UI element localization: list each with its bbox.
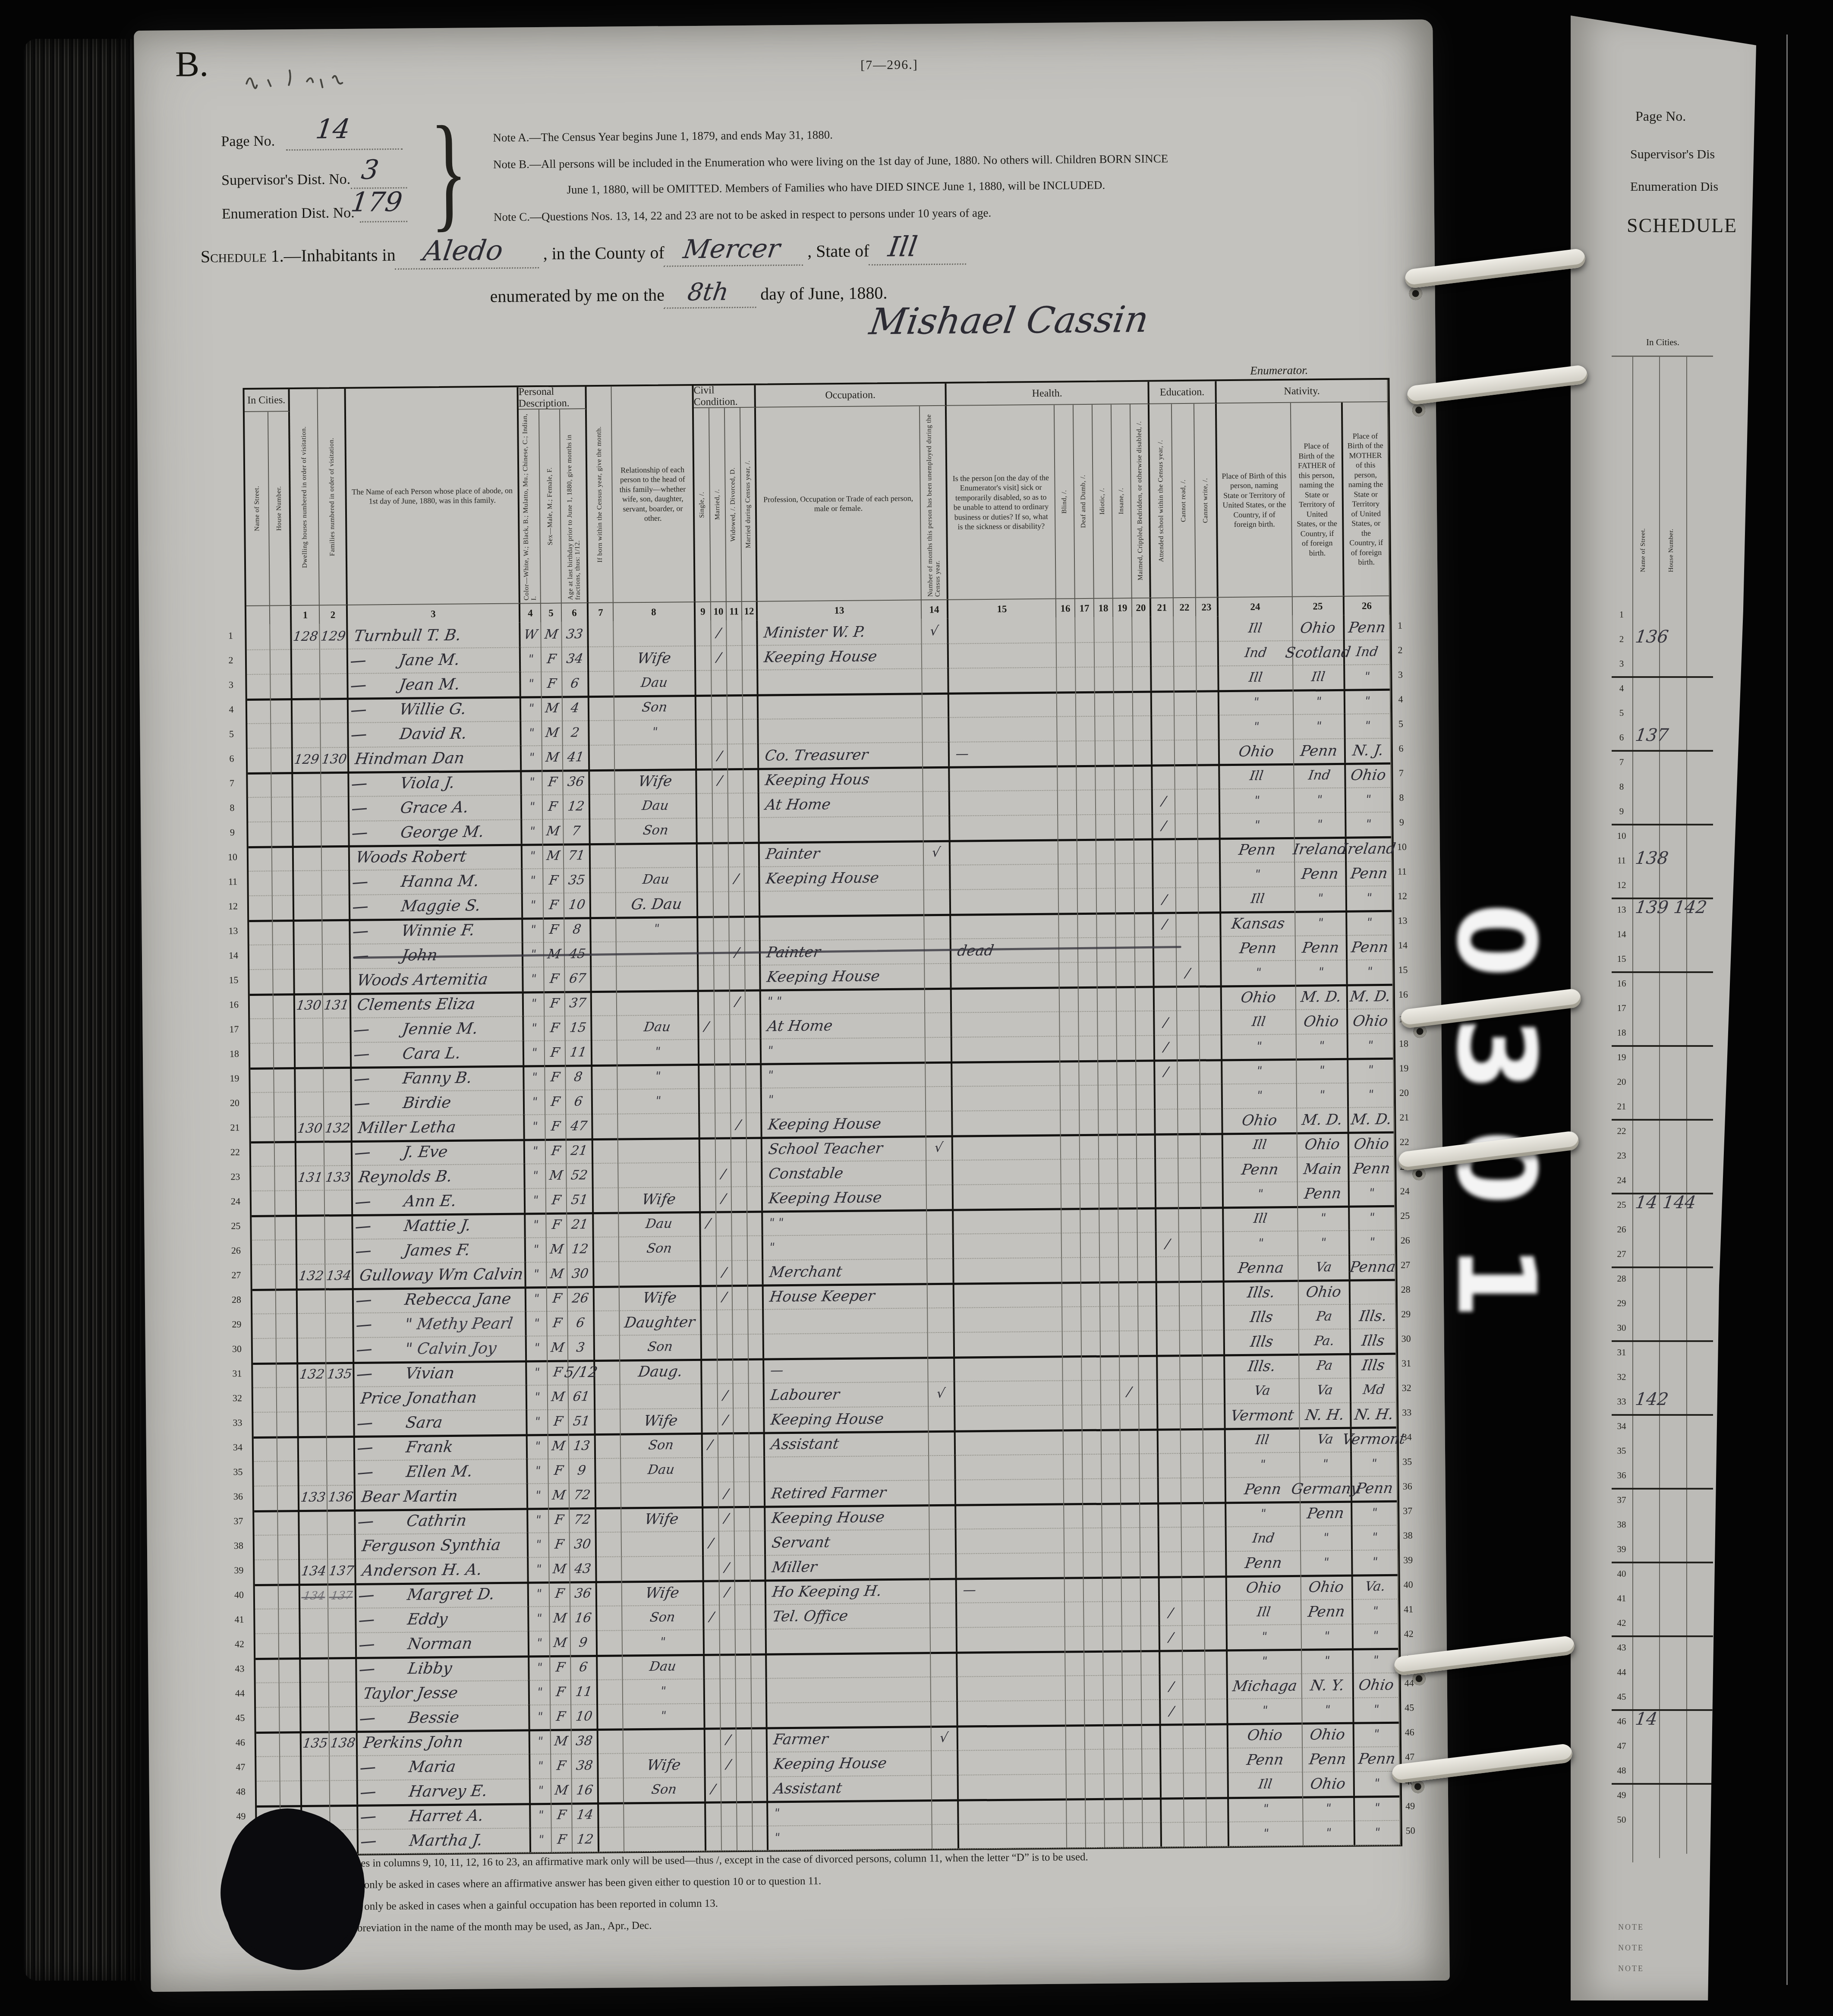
value: " — [534, 1489, 542, 1502]
cell-col15 — [951, 962, 1059, 988]
cell-col14 — [929, 1504, 956, 1529]
cell-col23 — [1203, 1329, 1225, 1354]
cell-col21: / — [1161, 1674, 1183, 1699]
cell-col16 — [1067, 1823, 1086, 1847]
column-number: 23 — [1196, 597, 1219, 616]
cell-col9 — [705, 1629, 720, 1654]
column-label: Profession, Occupation or Trade of each … — [758, 493, 919, 514]
value: M — [554, 1783, 569, 1798]
cell-col9 — [701, 1260, 717, 1285]
cell-col6: 11 — [566, 1040, 592, 1065]
cell-col12 — [751, 1580, 766, 1604]
value: Keeping House — [767, 1115, 882, 1133]
cell-col24: Ills. — [1225, 1354, 1299, 1379]
cell-col18 — [1104, 1724, 1123, 1748]
cell-col25: Ohio — [1296, 1009, 1348, 1034]
cell-col10 — [713, 793, 728, 817]
cell-col17 — [1085, 1724, 1104, 1749]
cell-col2 — [326, 1313, 354, 1338]
value: / — [1184, 966, 1191, 981]
cell-col22 — [1181, 1477, 1204, 1502]
row-number: 21 — [1395, 1105, 1414, 1129]
value: Assistant — [773, 1780, 843, 1797]
cell-col21 — [1159, 1551, 1182, 1576]
cell-col6: 7 — [564, 819, 590, 844]
row-number: 11 — [1392, 859, 1411, 883]
value: M — [551, 1488, 567, 1503]
cell-col18 — [1096, 863, 1115, 888]
cell-col20 — [1141, 1576, 1160, 1601]
value: Penn — [1246, 1751, 1285, 1769]
cell-col5: F — [551, 1704, 571, 1729]
cell-col23 — [1197, 739, 1220, 764]
right-row-number: 41 — [1612, 1586, 1631, 1611]
cell-col11 — [734, 1457, 750, 1481]
cell-col7 — [595, 1310, 620, 1336]
cell-col10 — [715, 1039, 731, 1063]
cell-col21 — [1157, 1281, 1180, 1305]
cell-col26: Ohio — [1346, 762, 1391, 787]
value: 129 — [320, 629, 347, 644]
value: Wife — [636, 649, 672, 667]
cell-col15: — — [950, 741, 1058, 766]
value: " — [1373, 1777, 1381, 1790]
cell-col1 — [301, 1657, 329, 1682]
cell-col25: Pa — [1299, 1304, 1351, 1329]
cell-col9 — [696, 670, 712, 695]
value: F — [547, 775, 558, 790]
column-label: Place of Birth of the FATHER of this per… — [1292, 441, 1342, 558]
cell-colcity0 — [248, 821, 272, 846]
value: Keeping House — [769, 1410, 885, 1428]
cell-col16 — [1058, 839, 1077, 863]
value: Penn — [1307, 1603, 1346, 1620]
cell-col5: F — [543, 868, 564, 893]
cell-col2 — [329, 1706, 357, 1731]
cell-col25: Penn — [1301, 1599, 1353, 1624]
cell-col7 — [596, 1433, 621, 1458]
cell-colcity0 — [253, 1362, 277, 1387]
row-number: 34 — [228, 1435, 247, 1459]
cell-col20 — [1140, 1503, 1159, 1527]
cell-col21 — [1162, 1797, 1184, 1822]
row-number: 19 — [225, 1066, 244, 1090]
cell-col3: Bear Martin — [356, 1483, 528, 1509]
cell-colcity1 — [273, 895, 294, 920]
cell-col11 — [735, 1604, 751, 1629]
cell-col15 — [958, 1676, 1066, 1701]
cell-col21 — [1157, 1256, 1179, 1281]
value: " Calvin Joy — [404, 1339, 498, 1358]
column-header-1: Dwelling houses numbered in order of vis… — [290, 389, 319, 605]
cell-col2: 138 — [330, 1731, 358, 1756]
cell-col26: " — [1347, 910, 1392, 935]
cell-col26: Ohio — [1354, 1673, 1399, 1698]
right-row-number: 9 — [1612, 799, 1631, 824]
cell-col14 — [922, 643, 949, 668]
value: Ohio — [1246, 1726, 1284, 1744]
cell-col21: / — [1161, 1699, 1183, 1723]
row-number: 31 — [227, 1361, 246, 1386]
cell-col18 — [1104, 1699, 1123, 1724]
cell-col22 — [1175, 764, 1197, 789]
cell-col24: Ohio — [1220, 739, 1294, 764]
value: F — [546, 676, 557, 691]
cell-col15 — [954, 1208, 1061, 1234]
cell-col2 — [329, 1657, 357, 1682]
cell-col19 — [1123, 1699, 1142, 1724]
cell-col1 — [300, 1608, 328, 1633]
cell-col25: " — [1303, 1796, 1355, 1821]
cell-col26: " — [1354, 1697, 1399, 1722]
row-number: 3 — [1391, 662, 1410, 687]
cell-col10 — [715, 1014, 730, 1039]
column-header-22: Cannot read, /. — [1172, 404, 1196, 597]
value: Ohio — [1241, 1112, 1279, 1129]
value: 12 — [567, 799, 585, 814]
value: " — [1318, 1064, 1326, 1077]
cell-col5: M — [549, 1483, 570, 1508]
cell-col2 — [325, 1190, 353, 1215]
cell-col25: M. D. — [1296, 984, 1348, 1009]
cell-col21: / — [1155, 1059, 1178, 1084]
cell-col9 — [702, 1334, 718, 1359]
value: 9 — [578, 1635, 589, 1650]
cell-col24: " — [1220, 788, 1294, 813]
value: Ohio — [1305, 1283, 1342, 1301]
cell-col4: " — [525, 1163, 546, 1188]
cell-col1: 134 — [300, 1583, 328, 1608]
cell-col19 — [1117, 1060, 1136, 1084]
cell-col21 — [1154, 936, 1177, 961]
cell-col19 — [1121, 1503, 1140, 1527]
right-row-number: 45 — [1612, 1685, 1631, 1709]
cell-col2 — [327, 1386, 355, 1411]
value: " — [529, 898, 536, 912]
cell-col1 — [296, 1067, 324, 1092]
cell-col5: M — [551, 1729, 572, 1754]
cell-col22 — [1179, 1256, 1202, 1281]
cell-col1 — [301, 1632, 329, 1657]
cell-col7 — [592, 966, 617, 991]
value: N. J. — [1351, 741, 1385, 759]
value: " — [774, 1831, 781, 1844]
cell-col24: " — [1219, 714, 1294, 739]
cell-col23 — [1203, 1403, 1225, 1428]
cell-col7 — [590, 769, 615, 794]
value: 134 — [302, 1589, 325, 1602]
cell-col19 — [1116, 912, 1135, 937]
cell-col22 — [1176, 912, 1199, 936]
cell-colcity1 — [277, 1338, 298, 1362]
cell-col15 — [951, 913, 1059, 939]
value: F — [554, 1586, 565, 1601]
value: Ind — [1355, 644, 1379, 659]
cell-col21 — [1159, 1527, 1182, 1551]
cell-col19 — [1124, 1773, 1143, 1798]
cell-colcity0 — [247, 723, 271, 748]
enumeration-dist-value: 179 — [349, 186, 404, 218]
cell-col16 — [1064, 1503, 1083, 1528]
cell-col24: " — [1229, 1821, 1304, 1846]
cell-col5: F — [543, 794, 564, 819]
cell-col13 — [759, 693, 923, 718]
cell-col17 — [1076, 691, 1095, 716]
cell-colcity0 — [255, 1608, 279, 1633]
cell-col2: 132 — [324, 1116, 352, 1141]
cell-col23 — [1199, 911, 1221, 936]
cell-col21 — [1153, 838, 1176, 863]
cell-col24: Penn — [1226, 1477, 1301, 1502]
right-grid-line — [1612, 750, 1713, 752]
cell-colcity0 — [251, 1116, 274, 1141]
cell-col2: 136 — [328, 1485, 356, 1510]
cell-col20 — [1137, 1109, 1156, 1134]
row-number: 13 — [224, 918, 243, 943]
value: / — [717, 773, 723, 788]
cell-col7 — [592, 991, 617, 1016]
cell-col7 — [593, 1089, 618, 1114]
column-number: 24 — [1219, 596, 1293, 616]
cell-col23 — [1203, 1379, 1225, 1403]
cell-col22 — [1178, 1133, 1201, 1158]
cell-colcity1 — [278, 1510, 299, 1534]
cell-col25: Germany — [1301, 1476, 1352, 1501]
cell-col12 — [747, 1211, 763, 1235]
cell-col14 — [926, 1086, 953, 1111]
cell-col19 — [1117, 1035, 1136, 1060]
cell-col26: Penn — [1349, 1156, 1395, 1181]
value: Ills — [1361, 1357, 1386, 1374]
row-number: 16 — [224, 992, 243, 1017]
cell-colcity1 — [276, 1239, 297, 1264]
value: 135 — [302, 1736, 329, 1751]
row-number: 45 — [1400, 1695, 1419, 1720]
cell-col11 — [736, 1678, 752, 1703]
cell-col4: " — [523, 967, 544, 991]
cell-col4: " — [523, 868, 543, 893]
cell-col3: Ellen M. — [355, 1458, 528, 1484]
value: Penna — [1348, 1258, 1397, 1276]
cell-col18 — [1098, 1035, 1117, 1060]
cell-col2 — [320, 649, 348, 674]
cell-col4: " — [524, 1065, 545, 1090]
column-header-20: Maimed, Crippled, Bedridden, or otherwis… — [1131, 404, 1151, 598]
value: F — [549, 1021, 560, 1036]
value: " — [1325, 1826, 1332, 1840]
cell-col13: Constable — [762, 1160, 926, 1186]
value: N. H. — [1304, 1406, 1346, 1424]
right-in-cities-label: In Cities. — [1646, 337, 1679, 348]
value: / — [710, 1782, 716, 1797]
value: / — [707, 1437, 713, 1452]
cell-col8 — [624, 1826, 706, 1852]
column-header-14: Number of months this person has been un… — [920, 406, 948, 600]
value: M. D. — [1349, 987, 1392, 1005]
cell-col10: / — [711, 621, 727, 645]
cell-col12 — [751, 1604, 766, 1629]
value: Ohio — [1245, 1579, 1282, 1597]
value: F — [555, 1709, 566, 1724]
value: " — [535, 1636, 543, 1650]
cell-col11 — [737, 1801, 753, 1826]
value: " — [654, 1045, 661, 1058]
right-entry: 138 — [1634, 848, 1670, 868]
value: Penna — [1237, 1259, 1285, 1277]
cell-col23 — [1198, 862, 1221, 887]
cell-colcity0 — [251, 1165, 275, 1190]
cell-col19 — [1118, 1183, 1137, 1207]
cell-col18 — [1098, 1060, 1117, 1084]
cell-col8: Wife — [621, 1506, 703, 1532]
cell-col15 — [954, 1257, 1062, 1283]
cell-col4: " — [525, 1139, 546, 1163]
value: " — [1322, 1457, 1329, 1471]
cell-col3: Winnie F. — [350, 917, 523, 943]
value: Penn — [1357, 1750, 1396, 1767]
cell-col9 — [705, 1654, 720, 1679]
cell-col12 — [747, 1186, 763, 1211]
value: " — [1257, 1187, 1264, 1200]
cell-col13: Ho Keeping H. — [766, 1578, 930, 1604]
cell-col6: 21 — [567, 1212, 594, 1237]
cell-col24: Vermont — [1225, 1403, 1300, 1428]
cell-colcity1 — [271, 649, 292, 674]
right-grid-line — [1612, 1488, 1713, 1490]
value: Hindman Dan — [354, 750, 466, 768]
supervisor-dist-label: Supervisor's Dist. No. — [221, 171, 350, 189]
cell-col22 — [1177, 1010, 1200, 1035]
cell-col14 — [925, 988, 952, 1013]
value: Gulloway Wm Calvin — [358, 1265, 524, 1284]
cell-col4: " — [531, 1778, 551, 1803]
cell-col11 — [733, 1358, 749, 1383]
cell-col20 — [1133, 642, 1152, 666]
cell-col25: " — [1297, 1058, 1348, 1083]
cell-col7 — [597, 1556, 622, 1581]
cell-col25: Ohio — [1303, 1722, 1354, 1747]
row-number: 47 — [231, 1755, 250, 1779]
cell-col8 — [624, 1728, 705, 1753]
value: Dau — [641, 798, 670, 813]
cell-col11 — [732, 1211, 747, 1235]
cell-col24: Penna — [1224, 1255, 1298, 1280]
cell-col23 — [1201, 1133, 1223, 1157]
value: " — [530, 1046, 538, 1059]
value: 138 — [329, 1736, 356, 1751]
cell-col10: / — [712, 645, 727, 670]
cell-col2 — [327, 1411, 355, 1436]
cell-col16 — [1060, 986, 1079, 1011]
column-header-12: Married during Census year, /. — [740, 408, 758, 601]
cell-col11 — [730, 1014, 746, 1039]
value: Penn — [1238, 939, 1278, 957]
cell-col14 — [931, 1676, 958, 1701]
right-schedule-label: SCHEDULE — [1627, 214, 1737, 237]
value: Ills. — [1247, 1358, 1277, 1375]
cell-col21: / — [1160, 1625, 1183, 1650]
cell-col15 — [958, 1700, 1066, 1726]
pen-scribble — [238, 52, 419, 110]
cell-col22 — [1175, 690, 1197, 715]
cell-col6: 41 — [563, 745, 590, 770]
cell-col22 — [1180, 1354, 1203, 1379]
value: / — [723, 1511, 730, 1526]
cell-col7 — [589, 622, 614, 647]
cell-col3: Cathrin — [356, 1508, 528, 1534]
cell-col19 — [1118, 1158, 1137, 1183]
cell-col16 — [1057, 716, 1076, 740]
cell-col11 — [734, 1383, 749, 1408]
value: Penn — [1301, 865, 1340, 882]
cell-col26: " — [1346, 812, 1392, 837]
value: " — [1367, 1039, 1374, 1052]
column-number: 15 — [948, 598, 1056, 619]
cell-col15 — [957, 1553, 1065, 1578]
cell-col11 — [734, 1432, 750, 1457]
cell-col20 — [1134, 765, 1153, 789]
cell-col19 — [1118, 1109, 1137, 1134]
cell-col17 — [1084, 1601, 1103, 1626]
cell-col16 — [1061, 1085, 1080, 1109]
value: 61 — [572, 1389, 590, 1404]
cell-col22 — [1183, 1650, 1205, 1674]
value: F — [548, 873, 559, 888]
cell-col9 — [706, 1801, 721, 1826]
cell-col26: N. J. — [1346, 738, 1391, 763]
value: Woods Robert — [355, 848, 468, 866]
value: Minister W. P. — [762, 623, 866, 641]
value: Pa. — [1313, 1333, 1335, 1348]
cell-col13 — [767, 1701, 931, 1727]
value: Farmer — [772, 1730, 829, 1748]
right-row-number: 11 — [1612, 848, 1631, 873]
value: / — [715, 650, 722, 665]
cell-col26: Ohio — [1348, 1008, 1393, 1033]
cell-col1 — [295, 944, 323, 969]
right-row-number: 18 — [1612, 1021, 1631, 1045]
cell-col16 — [1063, 1355, 1082, 1380]
cell-col9 — [700, 1113, 715, 1137]
cell-col22 — [1180, 1281, 1202, 1305]
value: 136 — [327, 1490, 354, 1505]
row-number: 15 — [224, 967, 243, 992]
value: N. Y. — [1309, 1676, 1345, 1694]
cell-col3: Clements Eliza — [351, 991, 524, 1017]
cell-col22 — [1183, 1625, 1205, 1650]
value: F — [553, 1512, 564, 1528]
right-row-number: 44 — [1612, 1660, 1631, 1685]
cell-col14 — [932, 1824, 959, 1849]
cell-colcity1 — [279, 1633, 301, 1657]
cell-colcity1 — [274, 1067, 296, 1092]
cell-col16 — [1067, 1773, 1086, 1798]
cell-col3: Norman — [357, 1631, 529, 1657]
cell-col17 — [1078, 962, 1097, 986]
cell-col3: Cara L. — [352, 1040, 524, 1066]
value: 30 — [573, 1537, 592, 1552]
cell-col17 — [1079, 1011, 1098, 1036]
cell-colcity0 — [249, 870, 272, 895]
cell-col21: / — [1153, 813, 1175, 838]
right-row-number: 7 — [1612, 750, 1631, 775]
row-number: 14 — [224, 943, 243, 967]
value: Ohio — [1309, 1726, 1346, 1743]
cell-col6: 4 — [563, 696, 589, 721]
cell-col16 — [1058, 765, 1077, 790]
cell-col9 — [702, 1285, 717, 1310]
cell-col16 — [1064, 1478, 1083, 1503]
